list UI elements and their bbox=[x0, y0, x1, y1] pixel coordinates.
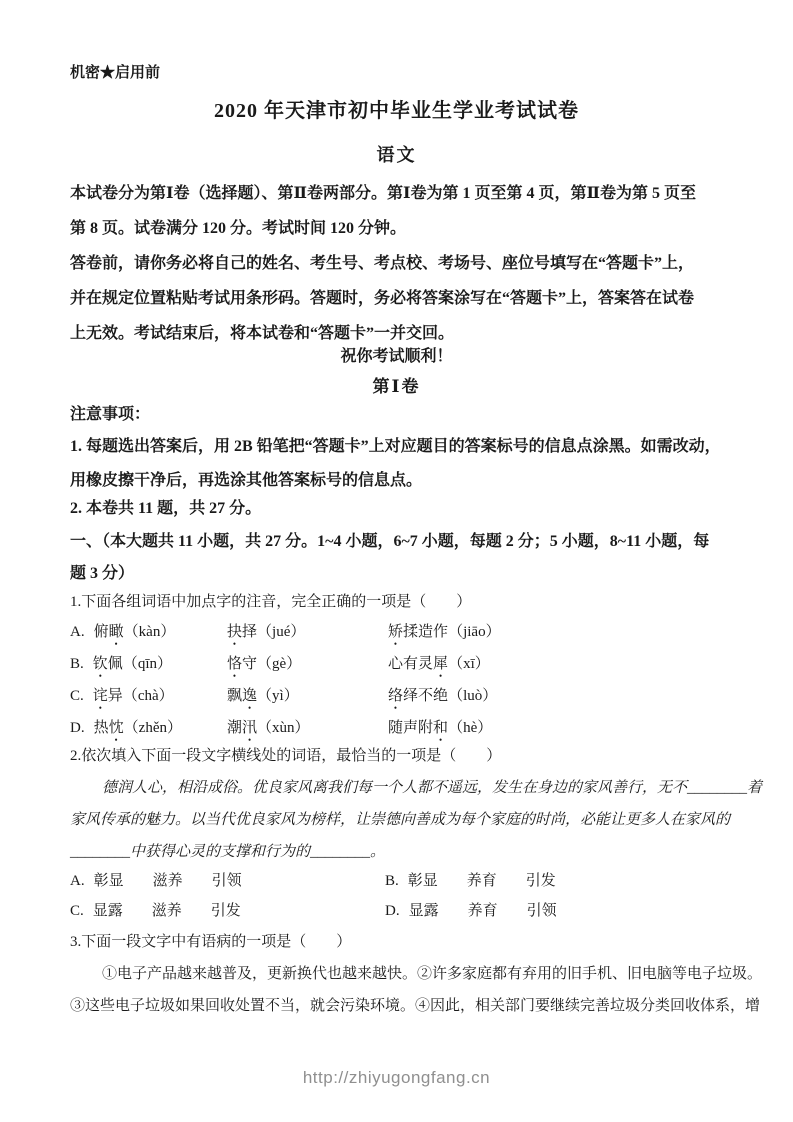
option-word: 随声附和（hè） bbox=[388, 720, 492, 736]
question-2-stem: 2.依次填入下面一段文字横线处的词语，最恰当的一项是（ ） bbox=[70, 742, 753, 770]
note-line: 用橡皮擦干净后，再选涂其他答案标号的信息点。 bbox=[70, 464, 753, 498]
notes-heading: 注意事项： bbox=[70, 402, 753, 428]
note-line: 1. 每题选出答案后，用 2B 铅笔把“答题卡”上对应题目的答案标号的信息点涂黑… bbox=[70, 430, 753, 464]
intro-paragraph-answering: 答卷前，请你务必将自己的姓名、考生号、考点校、考场号、座位号填写在“答题卡”上，… bbox=[70, 246, 753, 351]
question-1-option-c: C.诧异（chà） 飘逸（yì） 络绎不绝（luò） bbox=[70, 680, 753, 712]
intro-line: 本试卷分为第Ⅰ卷（选择题）、第Ⅱ卷两部分。第Ⅰ卷为第 1 页至第 4 页，第Ⅱ卷… bbox=[70, 176, 753, 211]
question-2-option-c: C.显露滋养引发 bbox=[70, 896, 241, 926]
option-word: 彰显 bbox=[94, 873, 124, 889]
exam-subject: 语文 bbox=[0, 142, 793, 168]
option-cell: 恪守（gè） bbox=[227, 648, 388, 680]
option-cell: 络绎不绝（luò） bbox=[388, 680, 497, 712]
intro-line: 第 8 页。试卷满分 120 分。考试时间 120 分钟。 bbox=[70, 211, 753, 246]
exam-paper-page: 机密★启用前 2020 年天津市初中毕业生学业考试试卷 语文 本试卷分为第Ⅰ卷（… bbox=[0, 0, 793, 1122]
option-label: A. bbox=[70, 873, 85, 889]
part-one-title: 第Ⅰ卷 bbox=[0, 374, 793, 400]
option-word: 养育 bbox=[467, 873, 497, 889]
option-word: 引领 bbox=[527, 903, 557, 919]
note-2: 2. 本卷共 11 题，共 27 分。 bbox=[70, 496, 753, 522]
section-one-heading: 一、（本大题共 11 小题，共 27 分。1~4 小题，6~7 小题，每题 2 … bbox=[70, 526, 753, 590]
option-word: 热忱（zhěn） bbox=[94, 720, 182, 736]
option-word: 养育 bbox=[468, 903, 498, 919]
intro-line: 并在规定位置粘贴考试用条形码。答题时，务必将答案涂写在“答题卡”上，答案答在试卷 bbox=[70, 281, 753, 316]
passage-line: ①电子产品越来越普及，更新换代也越来越快。②许多家庭都有弃用的旧手机、旧电脑等电… bbox=[70, 958, 753, 990]
option-cell: A.俯瞰（kàn） bbox=[70, 616, 227, 648]
section-line: 一、（本大题共 11 小题，共 27 分。1~4 小题，6~7 小题，每题 2 … bbox=[70, 526, 753, 558]
option-word: 引发 bbox=[211, 903, 241, 919]
question-2-option-d: D.显露养育引领 bbox=[385, 896, 557, 926]
option-label: C. bbox=[70, 903, 84, 919]
option-label: D. bbox=[70, 720, 85, 736]
option-cell: 飘逸（yì） bbox=[227, 680, 388, 712]
good-luck-line: 祝你考试顺利！ bbox=[0, 344, 793, 370]
intro-paragraph-structure: 本试卷分为第Ⅰ卷（选择题）、第Ⅱ卷两部分。第Ⅰ卷为第 1 页至第 4 页，第Ⅱ卷… bbox=[70, 176, 753, 246]
option-cell: 潮汛（xùn） bbox=[227, 712, 388, 744]
option-word: 抉择（jué） bbox=[227, 624, 305, 640]
option-cell: 心有灵犀（xī） bbox=[388, 648, 490, 680]
note-1: 1. 每题选出答案后，用 2B 铅笔把“答题卡”上对应题目的答案标号的信息点涂黑… bbox=[70, 430, 753, 498]
option-word: 彰显 bbox=[408, 873, 438, 889]
option-word: 显露 bbox=[93, 903, 123, 919]
option-label: B. bbox=[70, 656, 84, 672]
section-line: 题 3 分） bbox=[70, 558, 753, 590]
option-cell: 矫揉造作（jiāo） bbox=[388, 616, 501, 648]
passage-line: ③这些电子垃圾如果回收处置不当，就会污染环境。④因此，相关部门要继续完善垃圾分类… bbox=[70, 990, 753, 1022]
question-2-passage: 德润人心，相沿成俗。优良家风离我们每一个人都不遥远，发生在身边的家风善行，无不_… bbox=[70, 772, 753, 868]
confidential-banner: 机密★启用前 bbox=[70, 62, 753, 84]
exam-title: 2020 年天津市初中毕业生学业考试试卷 bbox=[0, 97, 793, 125]
question-2-options: A.彰显滋养引领 B.彰显养育引发 C.显露滋养引发 D.显露养育引领 bbox=[70, 866, 753, 926]
question-2-option-a: A.彰显滋养引领 bbox=[70, 866, 242, 896]
option-cell: C.诧异（chà） bbox=[70, 680, 227, 712]
option-cell: 抉择（jué） bbox=[227, 616, 388, 648]
question-2-options-row: A.彰显滋养引领 B.彰显养育引发 bbox=[70, 866, 753, 896]
question-1-option-b: B.钦佩（qīn） 恪守（gè） 心有灵犀（xī） bbox=[70, 648, 753, 680]
question-1-stem: 1.下面各组词语中加点字的注音，完全正确的一项是（ ） bbox=[70, 588, 753, 616]
passage-line: ________中获得心灵的支撑和行为的________。 bbox=[70, 836, 753, 868]
option-word: 滋养 bbox=[152, 903, 182, 919]
question-3-stem: 3.下面一段文字中有语病的一项是（ ） bbox=[70, 928, 753, 956]
option-label: A. bbox=[70, 624, 85, 640]
watermark-url: http://zhiyugongfang.cn bbox=[0, 1066, 793, 1090]
option-word: 心有灵犀（xī） bbox=[388, 656, 490, 672]
passage-line: 德润人心，相沿成俗。优良家风离我们每一个人都不遥远，发生在身边的家风善行，无不_… bbox=[70, 772, 753, 804]
option-label: D. bbox=[385, 903, 400, 919]
passage-line: 家风传承的魅力。以当代优良家风为榜样，让崇德向善成为每个家庭的时尚，必能让更多人… bbox=[70, 804, 753, 836]
option-word: 恪守（gè） bbox=[227, 656, 301, 672]
option-word: 钦佩（qīn） bbox=[93, 656, 172, 672]
option-word: 飘逸（yì） bbox=[227, 688, 299, 704]
question-2-option-b: B.彰显养育引发 bbox=[385, 866, 556, 896]
option-word: 俯瞰（kàn） bbox=[94, 624, 176, 640]
option-cell: 随声附和（hè） bbox=[388, 712, 492, 744]
option-word: 诧异（chà） bbox=[93, 688, 174, 704]
question-1-option-d: D.热忱（zhěn） 潮汛（xùn） 随声附和（hè） bbox=[70, 712, 753, 744]
option-word: 显露 bbox=[409, 903, 439, 919]
intro-line: 答卷前，请你务必将自己的姓名、考生号、考点校、考场号、座位号填写在“答题卡”上， bbox=[70, 246, 753, 281]
option-word: 络绎不绝（luò） bbox=[388, 688, 497, 704]
option-word: 滋养 bbox=[153, 873, 183, 889]
question-1-option-a: A.俯瞰（kàn） 抉择（jué） 矫揉造作（jiāo） bbox=[70, 616, 753, 648]
question-1-options: A.俯瞰（kàn） 抉择（jué） 矫揉造作（jiāo） B.钦佩（qīn） 恪… bbox=[70, 616, 753, 744]
option-word: 引领 bbox=[212, 873, 242, 889]
option-cell: D.热忱（zhěn） bbox=[70, 712, 227, 744]
question-3-passage: ①电子产品越来越普及，更新换代也越来越快。②许多家庭都有弃用的旧手机、旧电脑等电… bbox=[70, 958, 753, 1022]
question-2-options-row: C.显露滋养引发 D.显露养育引领 bbox=[70, 896, 753, 926]
option-word: 矫揉造作（jiāo） bbox=[388, 624, 501, 640]
option-word: 潮汛（xùn） bbox=[227, 720, 310, 736]
option-cell: B.钦佩（qīn） bbox=[70, 648, 227, 680]
option-label: C. bbox=[70, 688, 84, 704]
option-word: 引发 bbox=[526, 873, 556, 889]
option-label: B. bbox=[385, 873, 399, 889]
